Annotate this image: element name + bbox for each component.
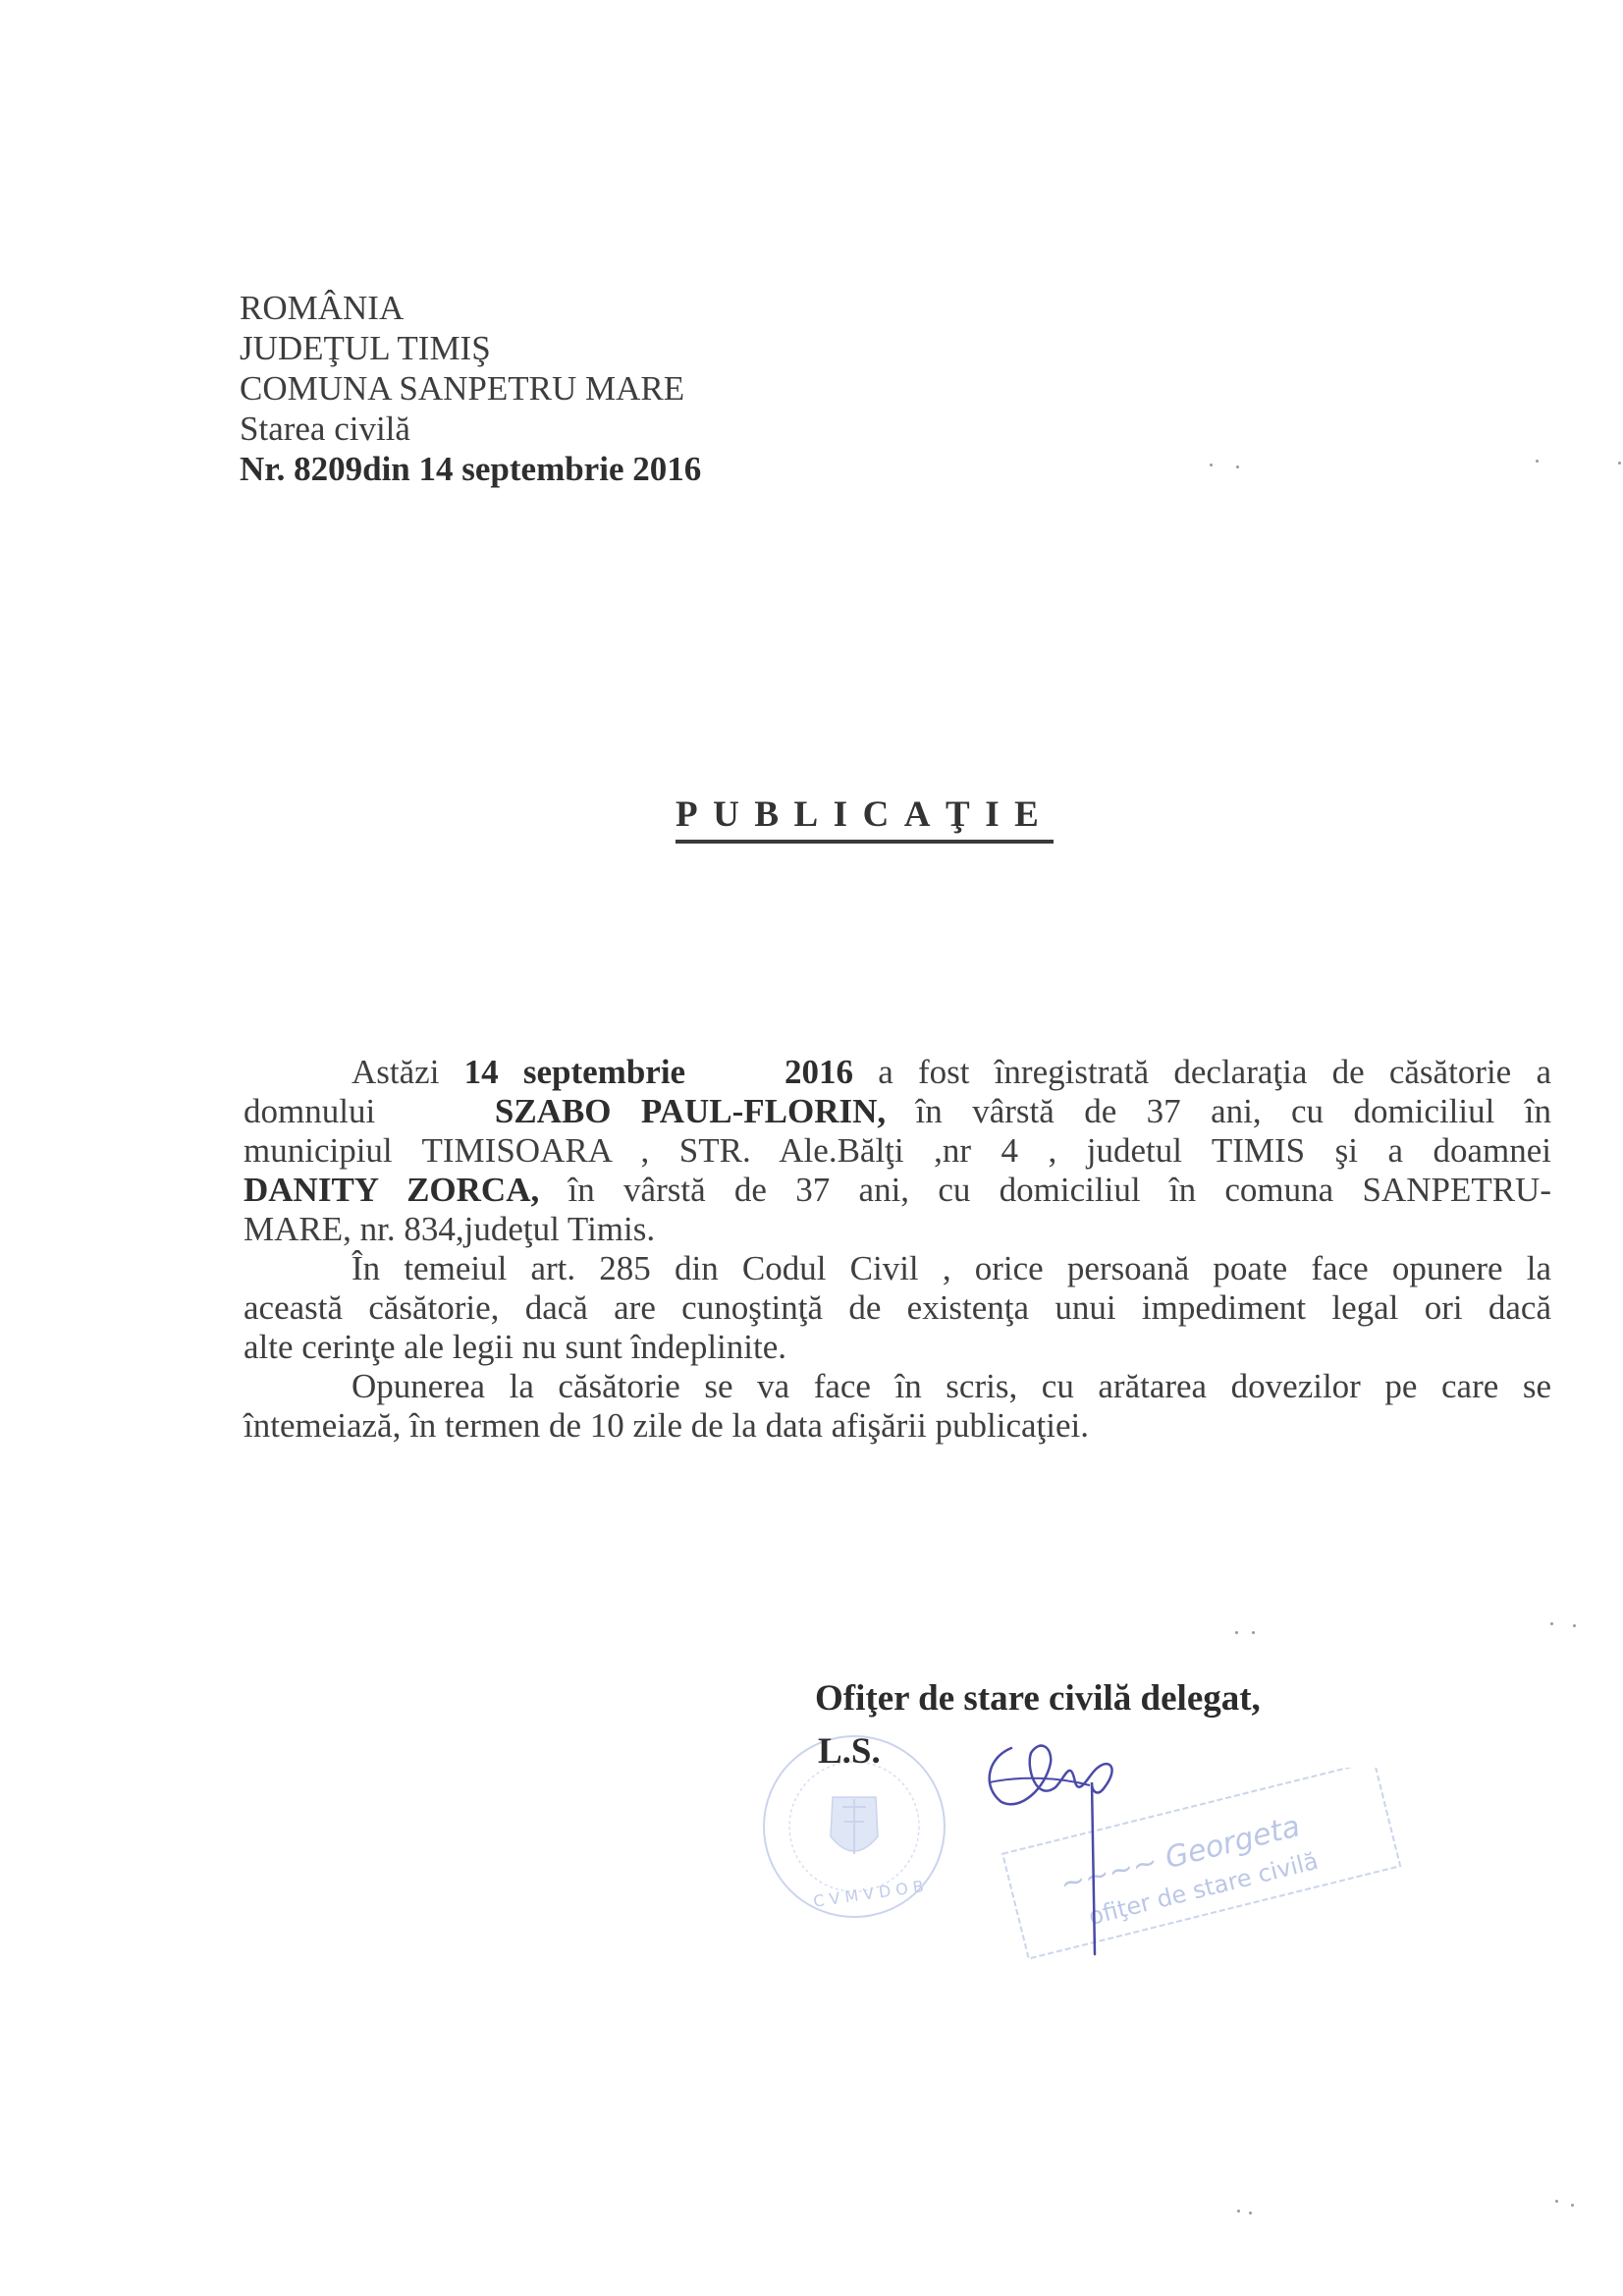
handwritten-signature-icon — [982, 1728, 1178, 1964]
scan-speck — [1252, 1631, 1255, 1634]
groom-name: SZABO PAUL-FLORIN, — [495, 1092, 886, 1130]
county-line: JUDEŢUL TIMIŞ — [240, 328, 701, 368]
signatory-role: Ofiţer de stare civilă delegat, — [815, 1677, 1261, 1720]
scan-speck — [1555, 2200, 1558, 2203]
scan-speck — [1235, 1631, 1238, 1634]
document-title: PUBLICAŢIE — [676, 793, 1054, 844]
bride-address: MARE, nr. 834,judeţul Timis. — [243, 1210, 1551, 1249]
scan-speck — [1210, 464, 1213, 466]
bride-name: DANITY ZORCA, — [243, 1171, 539, 1209]
scan-speck — [1536, 460, 1539, 463]
department-line: Starea civilă — [240, 409, 701, 449]
issuer-header: ROMÂNIA JUDEŢUL TIMIŞ COMUNA SANPETRU MA… — [240, 288, 701, 489]
country-line: ROMÂNIA — [240, 288, 701, 328]
scan-speck — [1618, 462, 1621, 465]
paragraph-declaration: Astăzi 14 septembrie 2016 a fost înregis… — [243, 1053, 1551, 1249]
paragraph-legal-basis: În temeiul art. 285 din Codul Civil , or… — [243, 1249, 1551, 1367]
groom-address: municipiul TIMISOARA , STR. Ale.Bălţi ,n… — [243, 1131, 1551, 1171]
svg-text:C V M V D O B: C V M V D O B — [812, 1877, 925, 1911]
declaration-year: 2016 — [784, 1053, 853, 1091]
scan-speck — [1237, 2210, 1240, 2213]
declaration-date: 14 septembrie — [464, 1053, 685, 1091]
commune-line: COMUNA SANPETRU MARE — [240, 368, 701, 409]
registration-number: Nr. 8209din 14 septembrie 2016 — [240, 449, 701, 489]
scan-speck — [1573, 1624, 1576, 1627]
scan-speck — [1550, 1622, 1553, 1625]
document-body: Astăzi 14 septembrie 2016 a fost înregis… — [243, 1053, 1551, 1446]
scan-speck — [1249, 2212, 1252, 2214]
scan-speck — [1571, 2204, 1574, 2207]
document-page: ROMÂNIA JUDEŢUL TIMIŞ COMUNA SANPETRU MA… — [0, 0, 1623, 2296]
scan-speck — [1236, 465, 1239, 468]
paragraph-opposition: Opunerea la căsătorie se va face în scri… — [243, 1367, 1551, 1446]
seal-location-mark: L.S. — [818, 1730, 881, 1773]
